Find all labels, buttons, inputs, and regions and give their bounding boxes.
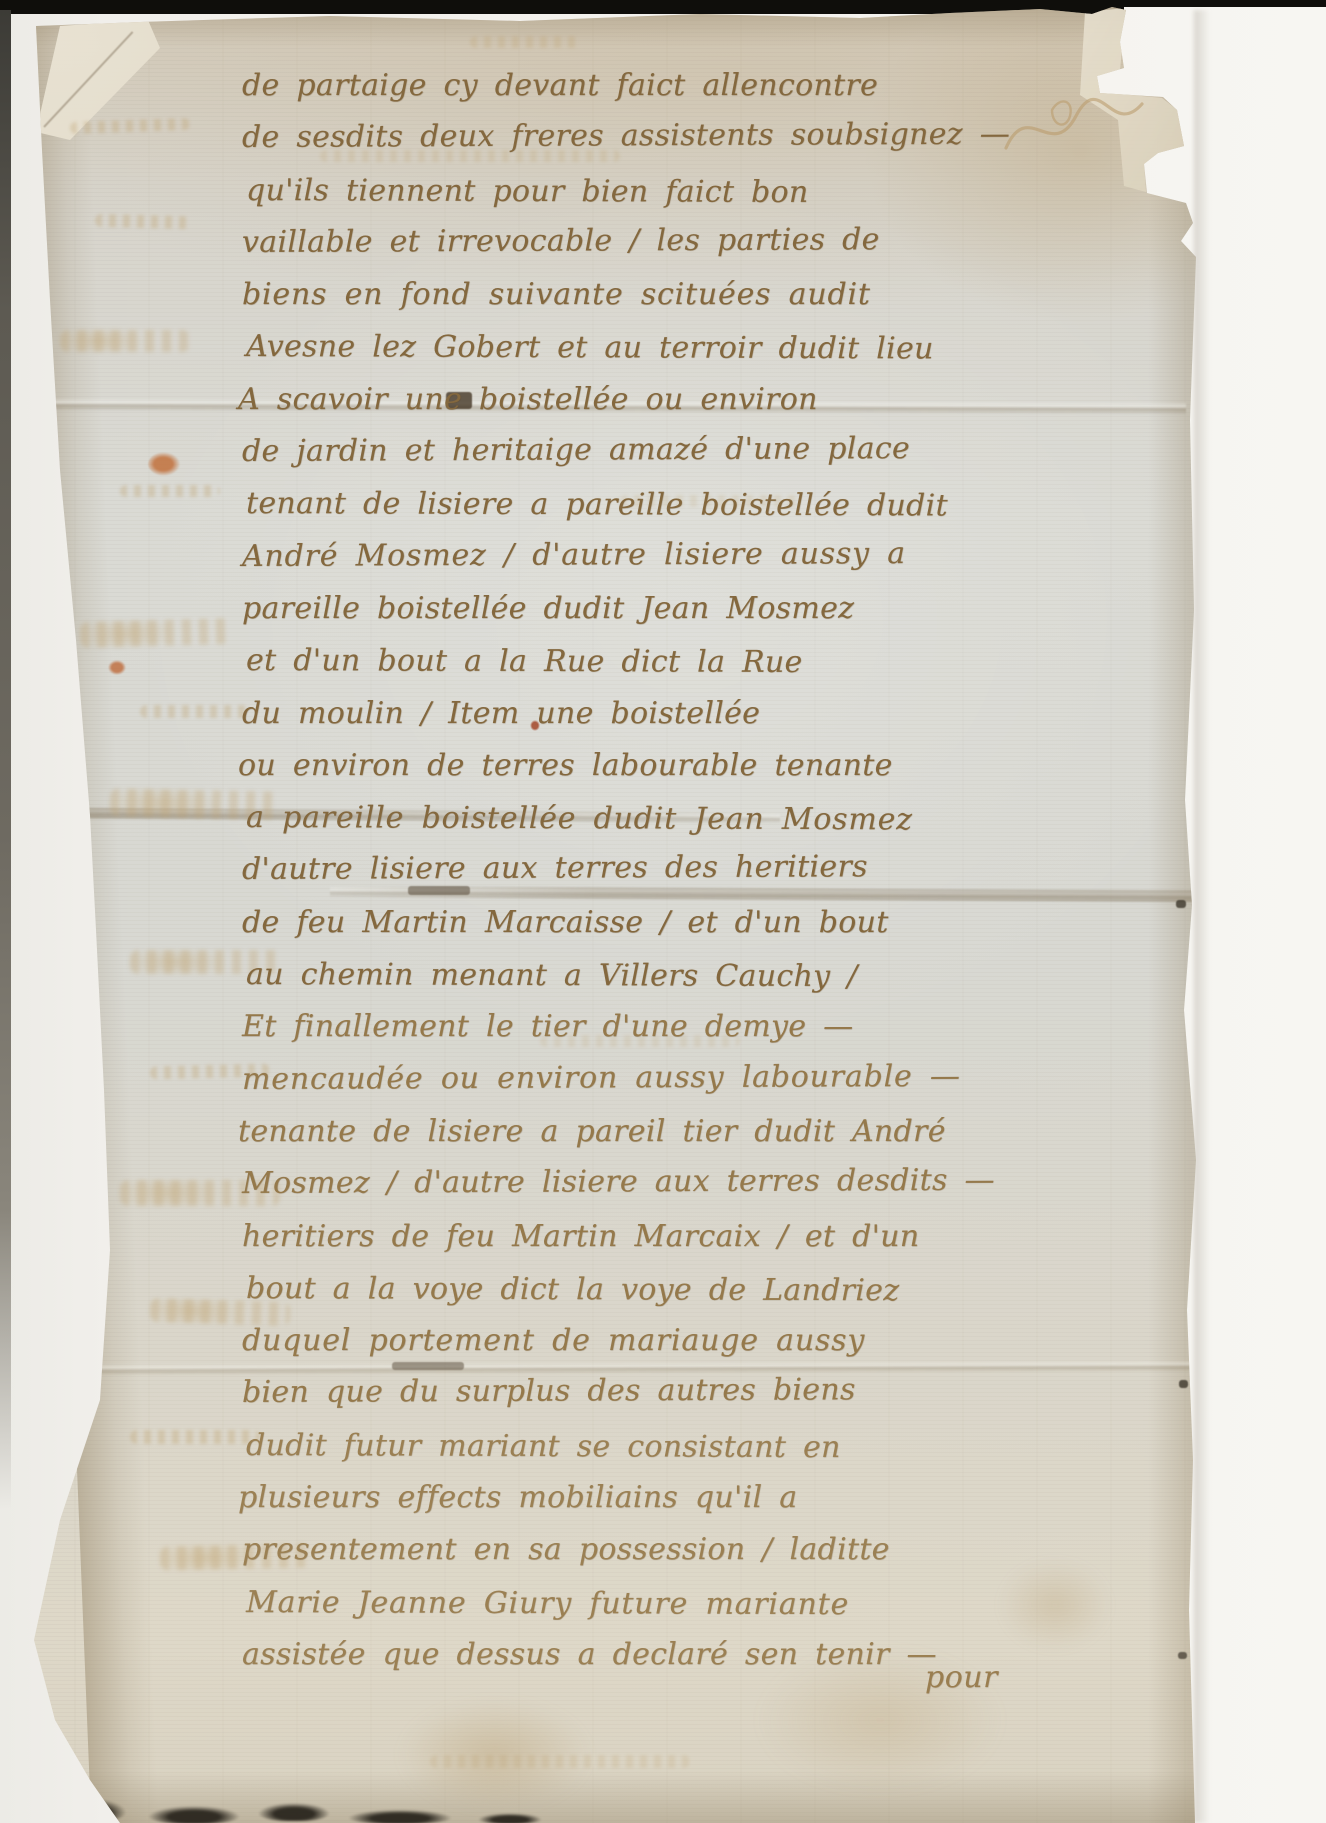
manuscript-line: dudit futur mariant se consistant en — [246, 1420, 1052, 1475]
bleedthrough-mark — [120, 485, 220, 497]
manuscript-line: vaillable et irrevocable / les parties d… — [242, 213, 1048, 269]
manuscript-sheet: de partaige cy devant faict allencontred… — [0, 0, 1326, 1823]
manuscript-line: et d'un bout a la Rue dict la Rue — [246, 635, 1052, 690]
edge-nick — [1178, 1652, 1187, 1659]
tan-stain — [400, 1700, 590, 1810]
bleedthrough-mark — [60, 330, 190, 352]
manuscript-line: André Mosmez / d'autre lisiere aussy a — [242, 527, 1048, 583]
manuscript-line: Et finallement le tier d'une demye — — [242, 1001, 1048, 1053]
manuscript-line: de partaige cy devant faict allencontre — [242, 60, 1048, 112]
manuscript-line: heritiers de feu Martin Marcaix / et d'u… — [242, 1211, 1048, 1263]
manuscript-text-block: de partaige cy devant faict allencontred… — [242, 60, 1048, 1681]
paper-drop-shadow — [1194, 10, 1210, 1823]
bleedthrough-mark — [470, 36, 580, 48]
manuscript-line: de feu Martin Marcaisse / et d'un bout — [242, 897, 1048, 949]
edge-nick — [1176, 900, 1186, 908]
torn-bottom-edge — [52, 1796, 126, 1822]
manuscript-line: Avesne lez Gobert et au terroir dudit li… — [246, 321, 1052, 376]
manuscript-line: de sesdits deux freres assistents soubsi… — [242, 109, 1048, 165]
manuscript-line: duquel portement de mariauge aussy — [242, 1315, 1048, 1367]
manuscript-line: A scavoir une boistellée ou environ — [238, 374, 1044, 426]
manuscript-line: plusieurs effects mobiliains qu'il a — [238, 1472, 1044, 1524]
rust-stain-small — [108, 660, 126, 675]
manuscript-line: au chemin menant a Villers Cauchy / — [246, 949, 1052, 1004]
manuscript-line: Mosmez / d'autre lisiere aux terres desd… — [242, 1155, 1048, 1211]
manuscript-line: de jardin et heritaige amazé d'une place — [242, 423, 1048, 479]
manuscript-line: biens en fond suivante scituées audit — [242, 269, 1048, 321]
torn-bottom-edge — [478, 1812, 542, 1823]
manuscript-line: pareille boistellée dudit Jean Mosmez — [242, 583, 1048, 635]
manuscript-line: Marie Jeanne Giury future mariante — [246, 1577, 1052, 1632]
bleedthrough-mark — [130, 1430, 260, 1444]
bleedthrough-mark — [80, 618, 231, 648]
manuscript-line: a pareille boistellée dudit Jean Mosmez — [246, 792, 1052, 847]
manuscript-line: mencaudée ou environ aussy labourable — — [242, 1050, 1048, 1106]
manuscript-line: bien que du surplus des autres biens — [242, 1364, 1048, 1420]
torn-bottom-edge — [148, 1804, 240, 1823]
scanner-edge-strip — [0, 10, 11, 1510]
torn-bottom-edge — [258, 1801, 330, 1821]
manuscript-line: d'autre lisiere aux terres des heritiers — [242, 841, 1048, 897]
bleedthrough-mark — [140, 705, 250, 718]
bleedthrough-mark — [95, 214, 190, 229]
manuscript-line: tenante de lisiere a pareil tier dudit A… — [238, 1106, 1044, 1158]
manuscript-line: qu'ils tiennent pour bien faict bon — [246, 165, 1052, 220]
manuscript-line: tenant de lisiere a pareille boistellée … — [246, 478, 1052, 533]
manuscript-line: presentement en sa possession / laditte — [242, 1524, 1048, 1576]
scanned-manuscript-page: de partaige cy devant faict allencontred… — [0, 0, 1326, 1823]
rust-stain — [148, 452, 182, 476]
scanner-lid-band-thick — [0, 0, 1124, 14]
manuscript-line: ou environ de terres labourable tenante — [238, 740, 1044, 792]
torn-bottom-edge — [348, 1808, 452, 1823]
catchword: pour — [925, 1660, 998, 1695]
edge-nick — [1179, 1380, 1188, 1388]
manuscript-line: du moulin / Item une boistellée — [242, 688, 1048, 740]
manuscript-line: bout a la voye dict la voye de Landriez — [246, 1263, 1052, 1318]
